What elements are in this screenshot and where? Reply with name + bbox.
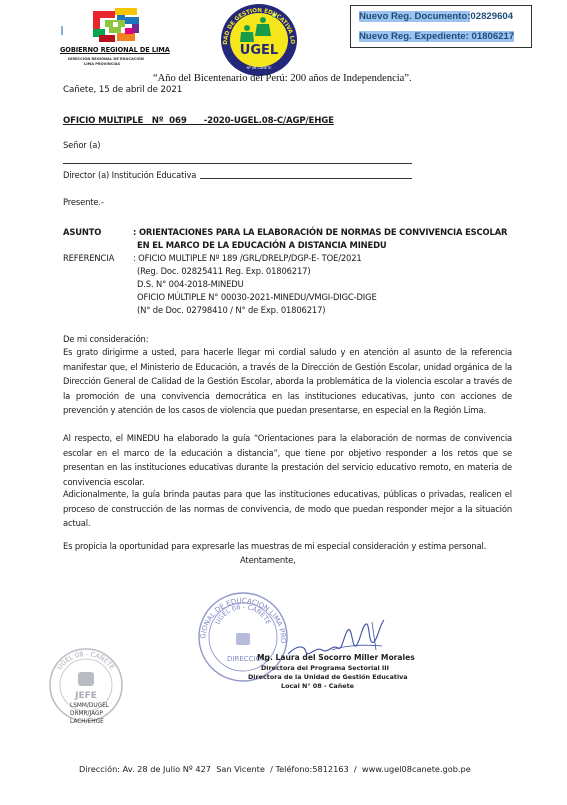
initials-line: LACH/EHGE <box>70 719 104 725</box>
signatory-title: Directora de la Unidad de Gestión Educat… <box>248 673 408 681</box>
body-paragraph: Es grato dirigirme a usted, para hacerle… <box>63 345 512 418</box>
initials-line: LSMM/DUGEL <box>70 703 109 709</box>
signatory-title: Directora del Programa Sectorial III <box>261 664 389 672</box>
gobierno-regional-emblem-icon <box>87 8 144 44</box>
registration-expediente: Nuevo Reg. Expediente: 01806217 <box>359 31 514 42</box>
recipient-director-label: Director (a) Institución Educativa <box>63 170 196 180</box>
referencia-label: REFERENCIA <box>63 253 114 263</box>
registration-document: Nuevo Reg. Documento:02829604 <box>359 11 513 22</box>
recipient-institution-blank <box>200 178 412 179</box>
gobierno-regional-title: GOBIERNO REGIONAL DE LIMA <box>60 46 185 54</box>
asunto-line: : ORIENTACIONES PARA LA ELABORACIÓN DE N… <box>133 227 507 237</box>
year-motto: “Año del Bicentenario del Perú: 200 años… <box>153 73 412 84</box>
asunto-label: ASUNTO <box>63 227 101 237</box>
referencia-line: : OFICIO MULTIPLE Nº 189 /GRL/DRELP/DGP-… <box>133 253 362 263</box>
referencia-line: (N° de Doc. 02798410 / N° de Exp. 018062… <box>137 305 325 315</box>
gobierno-regional-subtitle: DIRECCIÓN REGIONAL DE EDUCACIÓN <box>68 57 144 61</box>
svg-text:UGEL: UGEL <box>240 43 278 58</box>
gobierno-regional-logo: GOBIERNO REGIONAL DE LIMA DIRECCIÓN REGI… <box>60 5 150 65</box>
registration-expediente-value: 01806217 <box>469 31 514 42</box>
registration-document-label: Nuevo Reg. Documento: <box>359 11 470 22</box>
signatory-title: Local N° 08 - Cañete <box>281 682 354 690</box>
referencia-line: (Reg. Doc. 02825411 Reg. Exp. 01806217) <box>137 266 310 276</box>
svg-text:UGEL 08 - CAÑETE: UGEL 08 - CAÑETE <box>56 650 117 671</box>
referencia-line: OFICIO MÚLTIPLE N° 00030-2021-MINEDU/VMG… <box>137 292 377 302</box>
ugel-logo: UGEL Nº 08 CAÑETE UNIDAD DE GESTION EDUC… <box>219 2 299 78</box>
recipient-salutation: Señor (a) <box>63 140 100 150</box>
footer-contact: Dirección: Av. 28 de Julio Nº 427 San Vi… <box>79 764 471 774</box>
body-paragraph: Al respecto, el MINEDU ha elaborado la g… <box>63 431 512 489</box>
gobierno-regional-subtitle-2: LIMA PROVINCIAS <box>84 62 120 66</box>
registration-document-value: 02829604 <box>470 11 513 22</box>
body-paragraph: Es propicia la oportunidad para expresar… <box>63 541 486 551</box>
svg-text:Nº 08 CAÑETE: Nº 08 CAÑETE <box>247 65 272 70</box>
closing: Atentamente, <box>240 555 296 565</box>
body-paragraph: Adicionalmente, la guía brinda pautas pa… <box>63 487 512 531</box>
initials-line: DRMR/JAGP <box>70 711 103 717</box>
referencia-line: D.S. N° 004-2018-MINEDU <box>137 279 244 289</box>
ugel-seal-icon: UGEL Nº 08 CAÑETE UNIDAD DE GESTION EDUC… <box>219 2 299 78</box>
registration-box: Nuevo Reg. Documento:02829604 Nuevo Reg.… <box>350 5 532 48</box>
recipient-name-blank <box>63 163 412 164</box>
registration-expediente-label: Nuevo Reg. Expediente: <box>359 31 469 42</box>
signatory-name: Mg. Laura del Socorro Miller Morales <box>257 653 415 662</box>
oficio-number: OFICIO MULTIPLE Nº 069 -2020-UGEL.08-C/A… <box>63 116 334 126</box>
document-date: Cañete, 15 de abril de 2021 <box>63 85 182 95</box>
asunto-line: EN EL MARCO DE LA EDUCACIÓN A DISTANCIA … <box>137 240 387 250</box>
svg-text:JEFE: JEFE <box>74 691 97 701</box>
presente: Presente.- <box>63 197 104 207</box>
greeting: De mi consideración: <box>63 334 148 344</box>
